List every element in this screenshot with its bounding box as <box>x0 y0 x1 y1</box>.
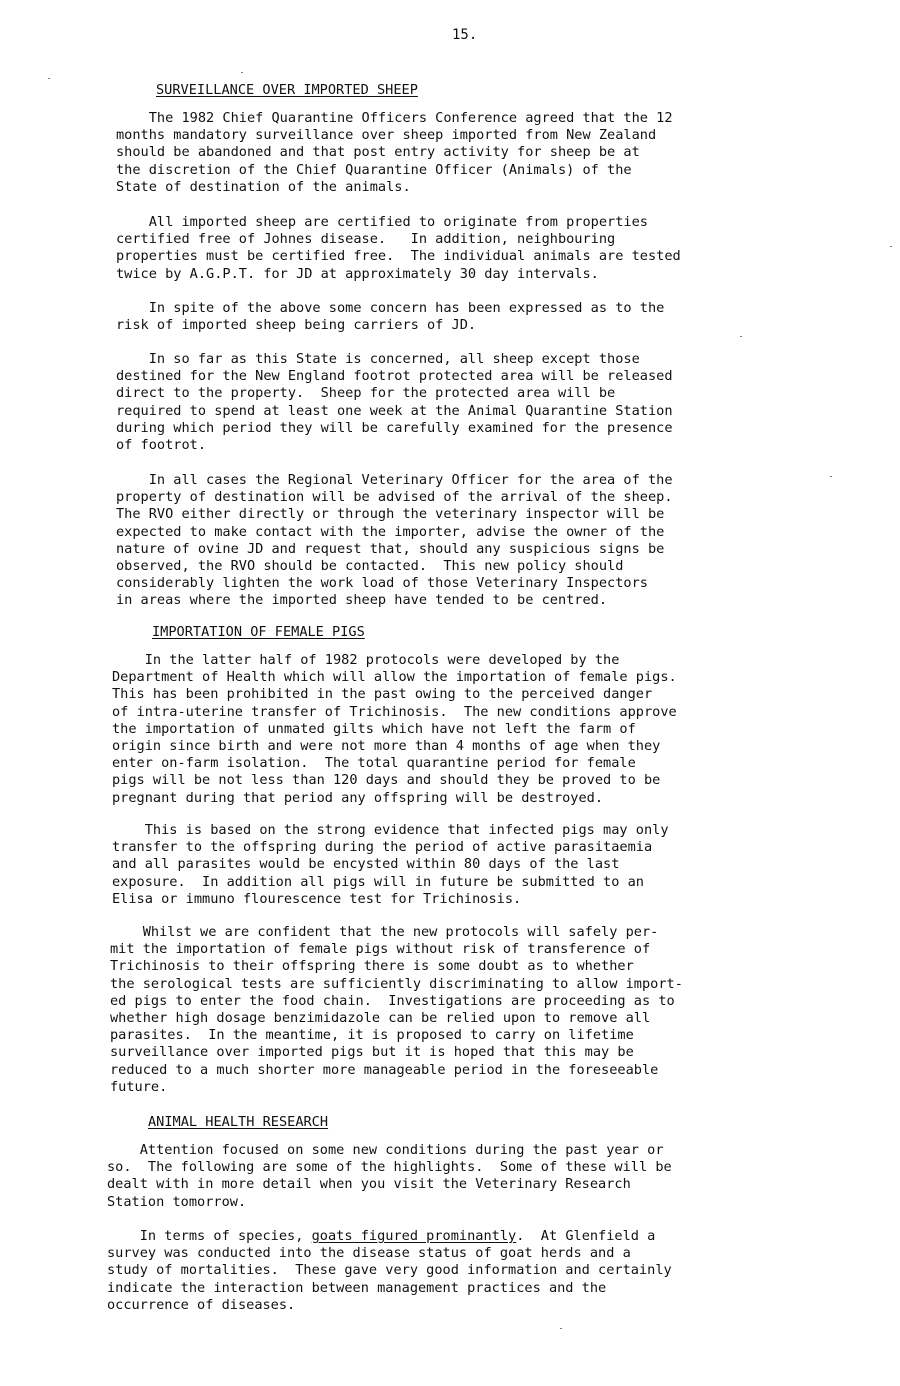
text-line: mit the importation of female pigs witho… <box>110 941 810 958</box>
text-line: origin since birth and were not more tha… <box>112 738 812 755</box>
text-line: reduced to a much shorter more manageabl… <box>110 1062 810 1079</box>
text-line: in areas where the imported sheep have t… <box>116 592 816 609</box>
underlined-phrase: goats figured prominantly <box>312 1228 517 1244</box>
scan-speck <box>740 336 742 337</box>
text-line: Attention focused on some new conditions… <box>107 1142 807 1159</box>
text-line: of intra-uterine transfer of Trichinosis… <box>112 704 812 721</box>
text-line: the serological tests are sufficiently d… <box>110 976 810 993</box>
text-line: nature of ovine JD and request that, sho… <box>116 541 816 558</box>
text-line: destined for the New England footrot pro… <box>116 368 816 385</box>
text-line: risk of imported sheep being carriers of… <box>116 317 816 334</box>
paragraph: In the latter half of 1982 protocols wer… <box>112 652 812 807</box>
text-line: property of destination will be advised … <box>116 489 816 506</box>
text-line: occurrence of diseases. <box>107 1297 807 1314</box>
text-line: so. The following are some of the highli… <box>107 1159 807 1176</box>
text-line: of footrot. <box>116 437 816 454</box>
paragraph: In all cases the Regional Veterinary Off… <box>116 472 816 610</box>
paragraph: The 1982 Chief Quarantine Officers Confe… <box>116 110 816 196</box>
paragraph: This is based on the strong evidence tha… <box>112 822 812 908</box>
text-line: whether high dosage benzimidazole can be… <box>110 1010 810 1027</box>
text-line: The RVO either directly or through the v… <box>116 506 816 523</box>
paragraph: All imported sheep are certified to orig… <box>116 214 816 283</box>
text-line: expected to make contact with the import… <box>116 524 816 541</box>
text-line: State of destination of the animals. <box>116 179 816 196</box>
text-line: pregnant during that period any offsprin… <box>112 790 812 807</box>
text-line: Station tomorrow. <box>107 1194 807 1211</box>
text-line: Whilst we are confident that the new pro… <box>110 924 810 941</box>
text-line: Elisa or immuno flourescence test for Tr… <box>112 891 812 908</box>
text-line: twice by A.G.P.T. for JD at approximatel… <box>116 266 816 283</box>
text-line: dealt with in more detail when you visit… <box>107 1176 807 1193</box>
paragraph: In terms of species, goats figured promi… <box>107 1228 807 1314</box>
text-line: future. <box>110 1079 810 1096</box>
text-line: pigs will be not less than 120 days and … <box>112 772 812 789</box>
text-line: properties must be certified free. The i… <box>116 248 816 265</box>
text-line: In spite of the above some concern has b… <box>116 300 816 317</box>
text-line: the importation of unmated gilts which h… <box>112 721 812 738</box>
text-line: indicate the interaction between managem… <box>107 1280 807 1297</box>
text-line: Department of Health which will allow th… <box>112 669 812 686</box>
text-line: parasites. In the meantime, it is propos… <box>110 1027 810 1044</box>
section-heading-imported-sheep: SURVEILLANCE OVER IMPORTED SHEEP <box>156 82 856 99</box>
text-line: enter on-farm isolation. The total quara… <box>112 755 812 772</box>
text-line: required to spend at least one week at t… <box>116 403 816 420</box>
scan-speck <box>241 72 243 73</box>
text-line: considerably lighten the work load of th… <box>116 575 816 592</box>
text-line: transfer to the offspring during the per… <box>112 839 812 856</box>
scan-speck <box>890 246 892 247</box>
paragraph: In so far as this State is concerned, al… <box>116 351 816 454</box>
text-line: In the latter half of 1982 protocols wer… <box>112 652 812 669</box>
text-line: and all parasites would be encysted with… <box>112 856 812 873</box>
paragraph: In spite of the above some concern has b… <box>116 300 816 334</box>
text-line: survey was conducted into the disease st… <box>107 1245 807 1262</box>
text-line: ed pigs to enter the food chain. Investi… <box>110 993 810 1010</box>
text-line: should be abandoned and that post entry … <box>116 144 816 161</box>
text-line: The 1982 Chief Quarantine Officers Confe… <box>116 110 816 127</box>
section-heading-female-pigs: IMPORTATION OF FEMALE PIGS <box>152 624 852 641</box>
text-line: This has been prohibited in the past owi… <box>112 686 812 703</box>
page-number: 15. <box>452 27 477 44</box>
text-line: exposure. In addition all pigs will in f… <box>112 874 812 891</box>
text-line: surveillance over imported pigs but it i… <box>110 1044 810 1061</box>
document-page: 15. SURVEILLANCE OVER IMPORTED SHEEP The… <box>0 0 900 1386</box>
text-line: In so far as this State is concerned, al… <box>116 351 816 368</box>
paragraph: Whilst we are confident that the new pro… <box>110 924 810 1096</box>
text-line: This is based on the strong evidence tha… <box>112 822 812 839</box>
text-line: the discretion of the Chief Quarantine O… <box>116 162 816 179</box>
text-line: In terms of species, goats figured promi… <box>107 1228 807 1245</box>
text-line: In all cases the Regional Veterinary Off… <box>116 472 816 489</box>
section-heading-animal-health-research: ANIMAL HEALTH RESEARCH <box>148 1114 848 1131</box>
scan-speck <box>48 78 50 79</box>
paragraph: Attention focused on some new conditions… <box>107 1142 807 1211</box>
scan-speck <box>560 1328 562 1329</box>
text-line: months mandatory surveillance over sheep… <box>116 127 816 144</box>
text-line: certified free of Johnes disease. In add… <box>116 231 816 248</box>
text-line: Trichinosis to their offspring there is … <box>110 958 810 975</box>
text-line: observed, the RVO should be contacted. T… <box>116 558 816 575</box>
text-line: study of mortalities. These gave very go… <box>107 1262 807 1279</box>
text-line: All imported sheep are certified to orig… <box>116 214 816 231</box>
text-line: direct to the property. Sheep for the pr… <box>116 385 816 402</box>
text-line: during which period they will be careful… <box>116 420 816 437</box>
scan-speck <box>830 476 832 477</box>
